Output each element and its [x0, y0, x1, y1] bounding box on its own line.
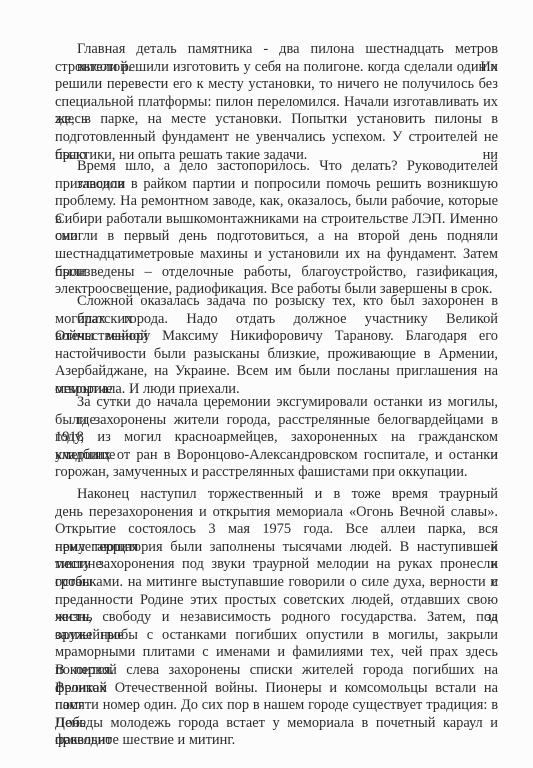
text-line: Азербайджане, на Украине. Всем им были п… — [55, 363, 498, 381]
text-line: решили перевести его к месту установки, … — [55, 76, 498, 94]
text-line: произведены – отделочные работы, благоус… — [55, 264, 498, 282]
text-line: подготовленный фундамент не увенчались у… — [55, 129, 498, 147]
text-line: строители решили изготовить у себя на по… — [55, 59, 498, 77]
text-line: В первой слева захоронены списки жителей… — [55, 662, 498, 680]
text-line: пригласили в райком партии и попросили п… — [55, 176, 498, 194]
text-line: настойчивости были разысканы близкие, пр… — [55, 346, 498, 364]
text-line: Открытие состоялось 3 мая 1975 года. Все… — [55, 521, 498, 539]
text-line: За сутки до начала церемонии эксгумирова… — [55, 394, 498, 412]
text-line: Главная деталь памятника - два пилона ше… — [55, 41, 498, 59]
text-line: останками. на митинге выступавшие говори… — [55, 574, 498, 592]
text-line: нему территория были заполнены тысячами … — [55, 539, 498, 557]
text-line: шестнадцатиметровые махины и установили … — [55, 246, 498, 264]
text-line: были захоронены жители города, расстреля… — [55, 412, 498, 430]
text-line: залпы гробы с останками погибших опустил… — [55, 627, 498, 645]
text-line: проблему. На ремонтном заводе, как, оказ… — [55, 193, 498, 211]
text-line: специальной платформы: пилон переломился… — [55, 94, 498, 112]
text-line: месту захоронения под звуки траурной мел… — [55, 556, 498, 574]
text-line: Наконец наступил торжественный и в тоже … — [55, 486, 498, 504]
text-line: году, из могил красноармейцев, захоронен… — [55, 429, 498, 447]
paragraph-pylons: Главная деталь памятника - два пилона ше… — [55, 41, 498, 164]
text-line: горожан, замученных и расстрелянных фаши… — [55, 464, 498, 482]
text-line: умерших от ран в Воронцово-Александровск… — [55, 447, 498, 465]
paragraph-search: Сложной оказалась задача по розыску тех,… — [55, 293, 498, 399]
text-line: Сибири работали вышкомонтажниками на стр… — [55, 211, 498, 229]
text-line: честь, свободу и независимость родного г… — [55, 609, 498, 627]
text-line: факельное шествие и митинг. — [55, 732, 498, 750]
text-line: памяти номер один. До сих пор в нашем го… — [55, 697, 498, 715]
paragraph-exhumation: За сутки до начала церемонии эксгумирова… — [55, 394, 498, 482]
text-line: могилах города. Надо отдать должное учас… — [55, 311, 498, 329]
text-line: день перезахоронения и открытия мемориал… — [55, 504, 498, 522]
paragraph-installation: Время шло, а дело застопорилось. Что дел… — [55, 158, 498, 299]
text-line: Великой Отечественной войны. Пионеры и к… — [55, 680, 498, 698]
text-line: преданности Родине этих простых советски… — [55, 592, 498, 610]
paragraph-ceremony: Наконец наступил торжественный и в тоже … — [55, 486, 498, 750]
text-line: мраморными плитами с именами и фамилиями… — [55, 644, 498, 662]
text-line: войны майору Максиму Никифоровичу Тарано… — [55, 328, 498, 346]
text-line: Победы молодежь города встает у мемориал… — [55, 715, 498, 733]
text-line: Сложной оказалась задача по розыску тех,… — [55, 293, 498, 311]
document-page: Главная деталь памятника - два пилона ше… — [0, 0, 533, 768]
text-line: Время шло, а дело застопорилось. Что дел… — [55, 158, 498, 176]
text-line: смогли в первый день подготовиться, а на… — [55, 228, 498, 246]
text-line: же, в парке, на месте установки. Попытки… — [55, 111, 498, 129]
